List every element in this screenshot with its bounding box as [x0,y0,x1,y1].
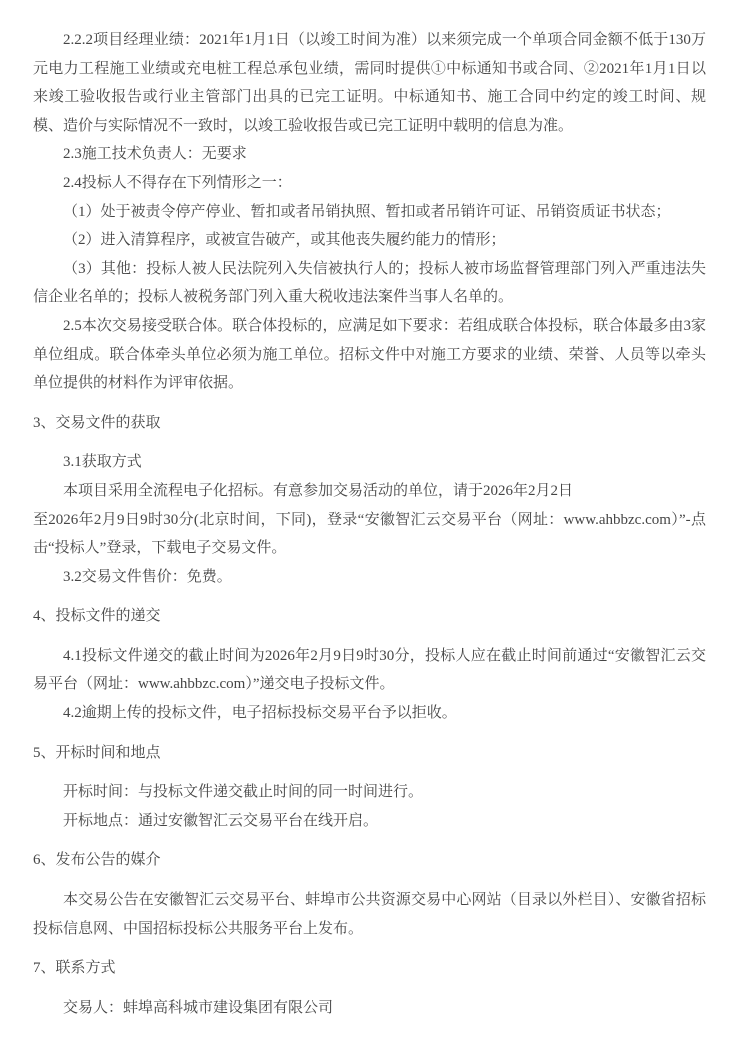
paragraph: 3.2交易文件售价：免费。 [33,563,706,592]
paragraph: 3.1获取方式 [33,448,706,477]
section-heading: 5、开标时间和地点 [33,739,706,768]
paragraph: 2.4投标人不得存在下列情形之一： [33,169,706,198]
paragraph: 4.1投标文件递交的截止时间为2026年2月9日9时30分，投标人应在截止时间前… [33,642,706,699]
section-heading: 7、联系方式 [33,954,706,983]
paragraph: 本交易公告在安徽智汇云交易平台、蚌埠市公共资源交易中心网站（目录以外栏目）、安徽… [33,886,706,943]
paragraph: 至2026年2月9日9时30分(北京时间，下同)，登录“安徽智汇云交易平台（网址… [33,506,706,563]
paragraph: 2.2.2项目经理业绩：2021年1月1日（以竣工时间为准）以来须完成一个单项合… [33,26,706,140]
document-body: 2.2.2项目经理业绩：2021年1月1日（以竣工时间为准）以来须完成一个单项合… [33,26,706,1022]
section-heading: 6、发布公告的媒介 [33,846,706,875]
section-heading: 4、投标文件的递交 [33,602,706,631]
paragraph: （2）进入清算程序，或被宣告破产，或其他丧失履约能力的情形； [33,226,706,255]
document-page: 2.2.2项目经理业绩：2021年1月1日（以竣工时间为准）以来须完成一个单项合… [0,0,739,1055]
paragraph: 交易人：蚌埠高科城市建设集团有限公司 [33,994,706,1023]
paragraph: 4.2逾期上传的投标文件，电子招标投标交易平台予以拒收。 [33,699,706,728]
section-heading: 3、交易文件的获取 [33,409,706,438]
paragraph: 本项目采用全流程电子化招标。有意参加交易活动的单位，请于2026年2月2日 [33,477,706,506]
paragraph: （1）处于被责令停产停业、暂扣或者吊销执照、暂扣或者吊销许可证、吊销资质证书状态… [33,198,706,227]
paragraph: 2.5本次交易接受联合体。联合体投标的，应满足如下要求：若组成联合体投标，联合体… [33,312,706,398]
paragraph: 开标时间：与投标文件递交截止时间的同一时间进行。 [33,778,706,807]
paragraph: 2.3施工技术负责人：无要求 [33,140,706,169]
paragraph: （3）其他：投标人被人民法院列入失信被执行人的；投标人被市场监督管理部门列入严重… [33,255,706,312]
paragraph: 开标地点：通过安徽智汇云交易平台在线开启。 [33,807,706,836]
